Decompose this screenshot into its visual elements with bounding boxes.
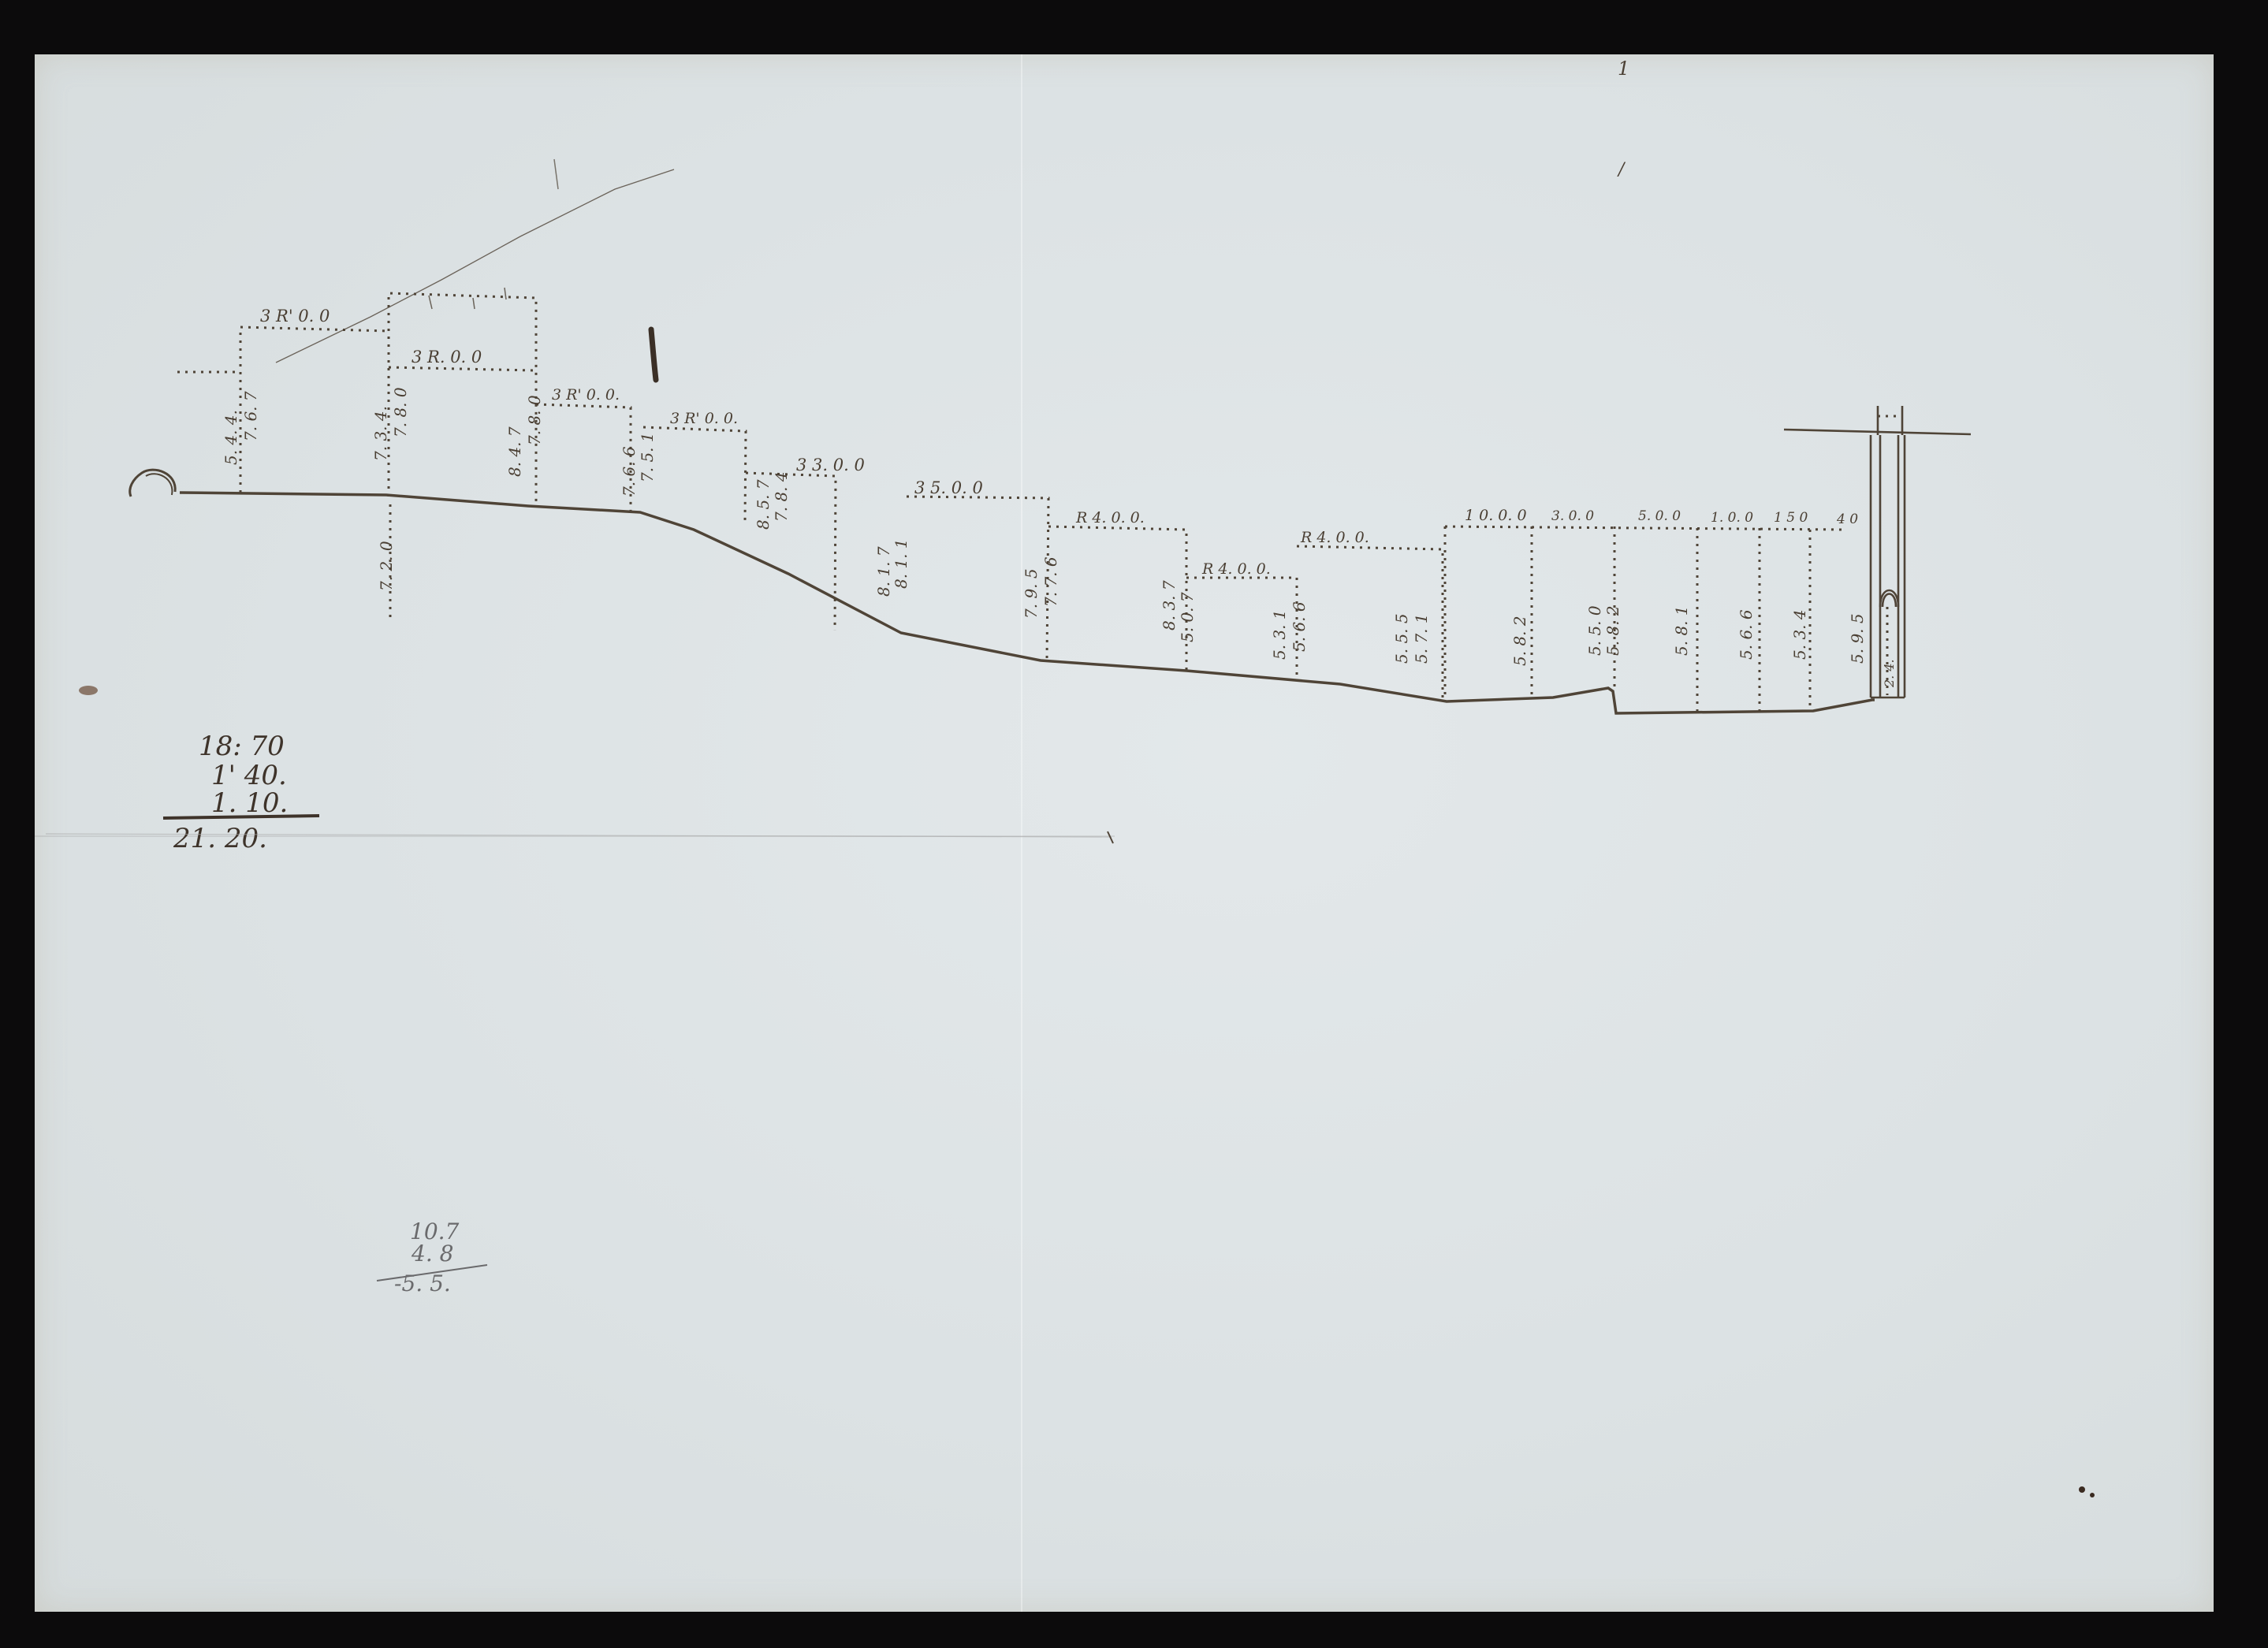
top-tick-mark: / bbox=[1617, 160, 1626, 180]
depth-label: 7. 6. 6 bbox=[620, 446, 639, 497]
width-label: 3 R' 0. 0. bbox=[552, 386, 620, 404]
profile-section-drawing: 3 R' 0. 0 3 R. 0. 0 3 R' 0. 0. 3 R' 0. 0… bbox=[0, 0, 2268, 1648]
depth-label: 5. 9. 5 bbox=[1848, 613, 1867, 664]
width-label: 3. 0. 0 bbox=[1551, 508, 1594, 524]
width-label: 3 5. 0. 0 bbox=[914, 478, 983, 497]
depth-label: 7. 9. 5 bbox=[1022, 568, 1041, 619]
depth-label: 5. 8. 2 bbox=[1603, 605, 1622, 656]
depth-label: 7. 8. 0 bbox=[525, 395, 544, 445]
depth-label: 7. 3. 4. bbox=[371, 406, 390, 461]
depth-label: 5. 0. 7 bbox=[1178, 592, 1197, 642]
heavy-stroke-mark bbox=[651, 329, 656, 380]
pencil-subtraction-calculation: 10.7 4. 8 -5. 5. bbox=[377, 1218, 487, 1296]
depth-label: 7. 5. 1 bbox=[638, 432, 657, 482]
width-label: 3 3. 0. 0 bbox=[796, 456, 865, 474]
depth-label: 5. 5. 0 bbox=[1585, 605, 1604, 656]
ink-stain bbox=[79, 686, 98, 695]
depth-label: 8. 1. 1 bbox=[892, 538, 911, 589]
diagonal-guide-line bbox=[276, 169, 674, 363]
depth-label: 7. 8. 0 bbox=[391, 387, 410, 437]
width-label: 5. 0. 0 bbox=[1638, 508, 1681, 524]
width-label: R 4. 0. 0. bbox=[1075, 509, 1145, 526]
calc-line: 18: 70 bbox=[199, 731, 285, 762]
depth-label: 5. 8. 1 bbox=[1672, 605, 1691, 656]
width-label: R 4. 0. 0. bbox=[1300, 529, 1369, 546]
width-label: 1 5 0 bbox=[1774, 510, 1808, 526]
depth-label: 7. 6. 7 bbox=[241, 391, 260, 441]
depth-label: 5. 6. 6 bbox=[1290, 601, 1309, 652]
calc-result: -5. 5. bbox=[394, 1270, 451, 1296]
depth-label: 8. 5. 7 bbox=[754, 479, 773, 530]
depth-label: 8. 1. 7 bbox=[874, 546, 893, 597]
width-label: 3 R' 0. 0 bbox=[260, 307, 330, 326]
depth-label: 8. 4. 7 bbox=[505, 426, 524, 477]
depth-label: 7. 8. 4 bbox=[772, 471, 791, 522]
ink-dot bbox=[2079, 1486, 2085, 1493]
depth-label: 7. 2. 0 bbox=[377, 541, 396, 591]
ink-sum-calculation: 18: 70 1' 40. 1. 10. 21. 20. bbox=[163, 731, 319, 854]
calc-line: 4. 8 bbox=[411, 1241, 453, 1267]
depth-label: 5. 4. 4. bbox=[222, 410, 240, 465]
calc-total: 21. 20. bbox=[173, 823, 267, 854]
top-mark: 1 bbox=[1618, 58, 1629, 80]
depth-label: 5. 3. 1 bbox=[1270, 609, 1289, 660]
calc-line: 1. 10. bbox=[211, 787, 288, 819]
depth-label: 2. 4. bbox=[1882, 659, 1897, 688]
width-label: R 4. 0. 0. bbox=[1201, 560, 1271, 578]
vertical-depth-labels: 5. 4. 4. 7. 6. 7 7. 3. 4. 7. 8. 0 7. 2. … bbox=[222, 387, 1897, 688]
depth-label: 5. 5. 5 bbox=[1392, 613, 1411, 664]
depth-label: 5. 3. 4 bbox=[1790, 609, 1809, 660]
width-label: 4 0 bbox=[1836, 512, 1858, 527]
depth-label: 5. 7. 1 bbox=[1412, 613, 1431, 664]
width-label: 3 R. 0. 0 bbox=[412, 348, 482, 366]
width-label: 3 R' 0. 0. bbox=[670, 410, 738, 427]
depth-label: 7. 7. 6 bbox=[1041, 556, 1060, 607]
depth-label: 5. 6. 6 bbox=[1737, 609, 1756, 660]
depth-label: 5. 8. 2 bbox=[1510, 616, 1529, 666]
ink-dot bbox=[2090, 1493, 2095, 1497]
width-label: 1. 0. 0 bbox=[1711, 510, 1753, 526]
width-label: 1 0. 0. 0 bbox=[1465, 507, 1527, 524]
calc-line: 1' 40. bbox=[211, 760, 287, 791]
well-shaft bbox=[1784, 406, 1971, 698]
top-width-labels: 3 R' 0. 0 3 R. 0. 0 3 R' 0. 0. 3 R' 0. 0… bbox=[260, 307, 1858, 578]
depth-label: 8. 3. 7 bbox=[1160, 580, 1179, 631]
